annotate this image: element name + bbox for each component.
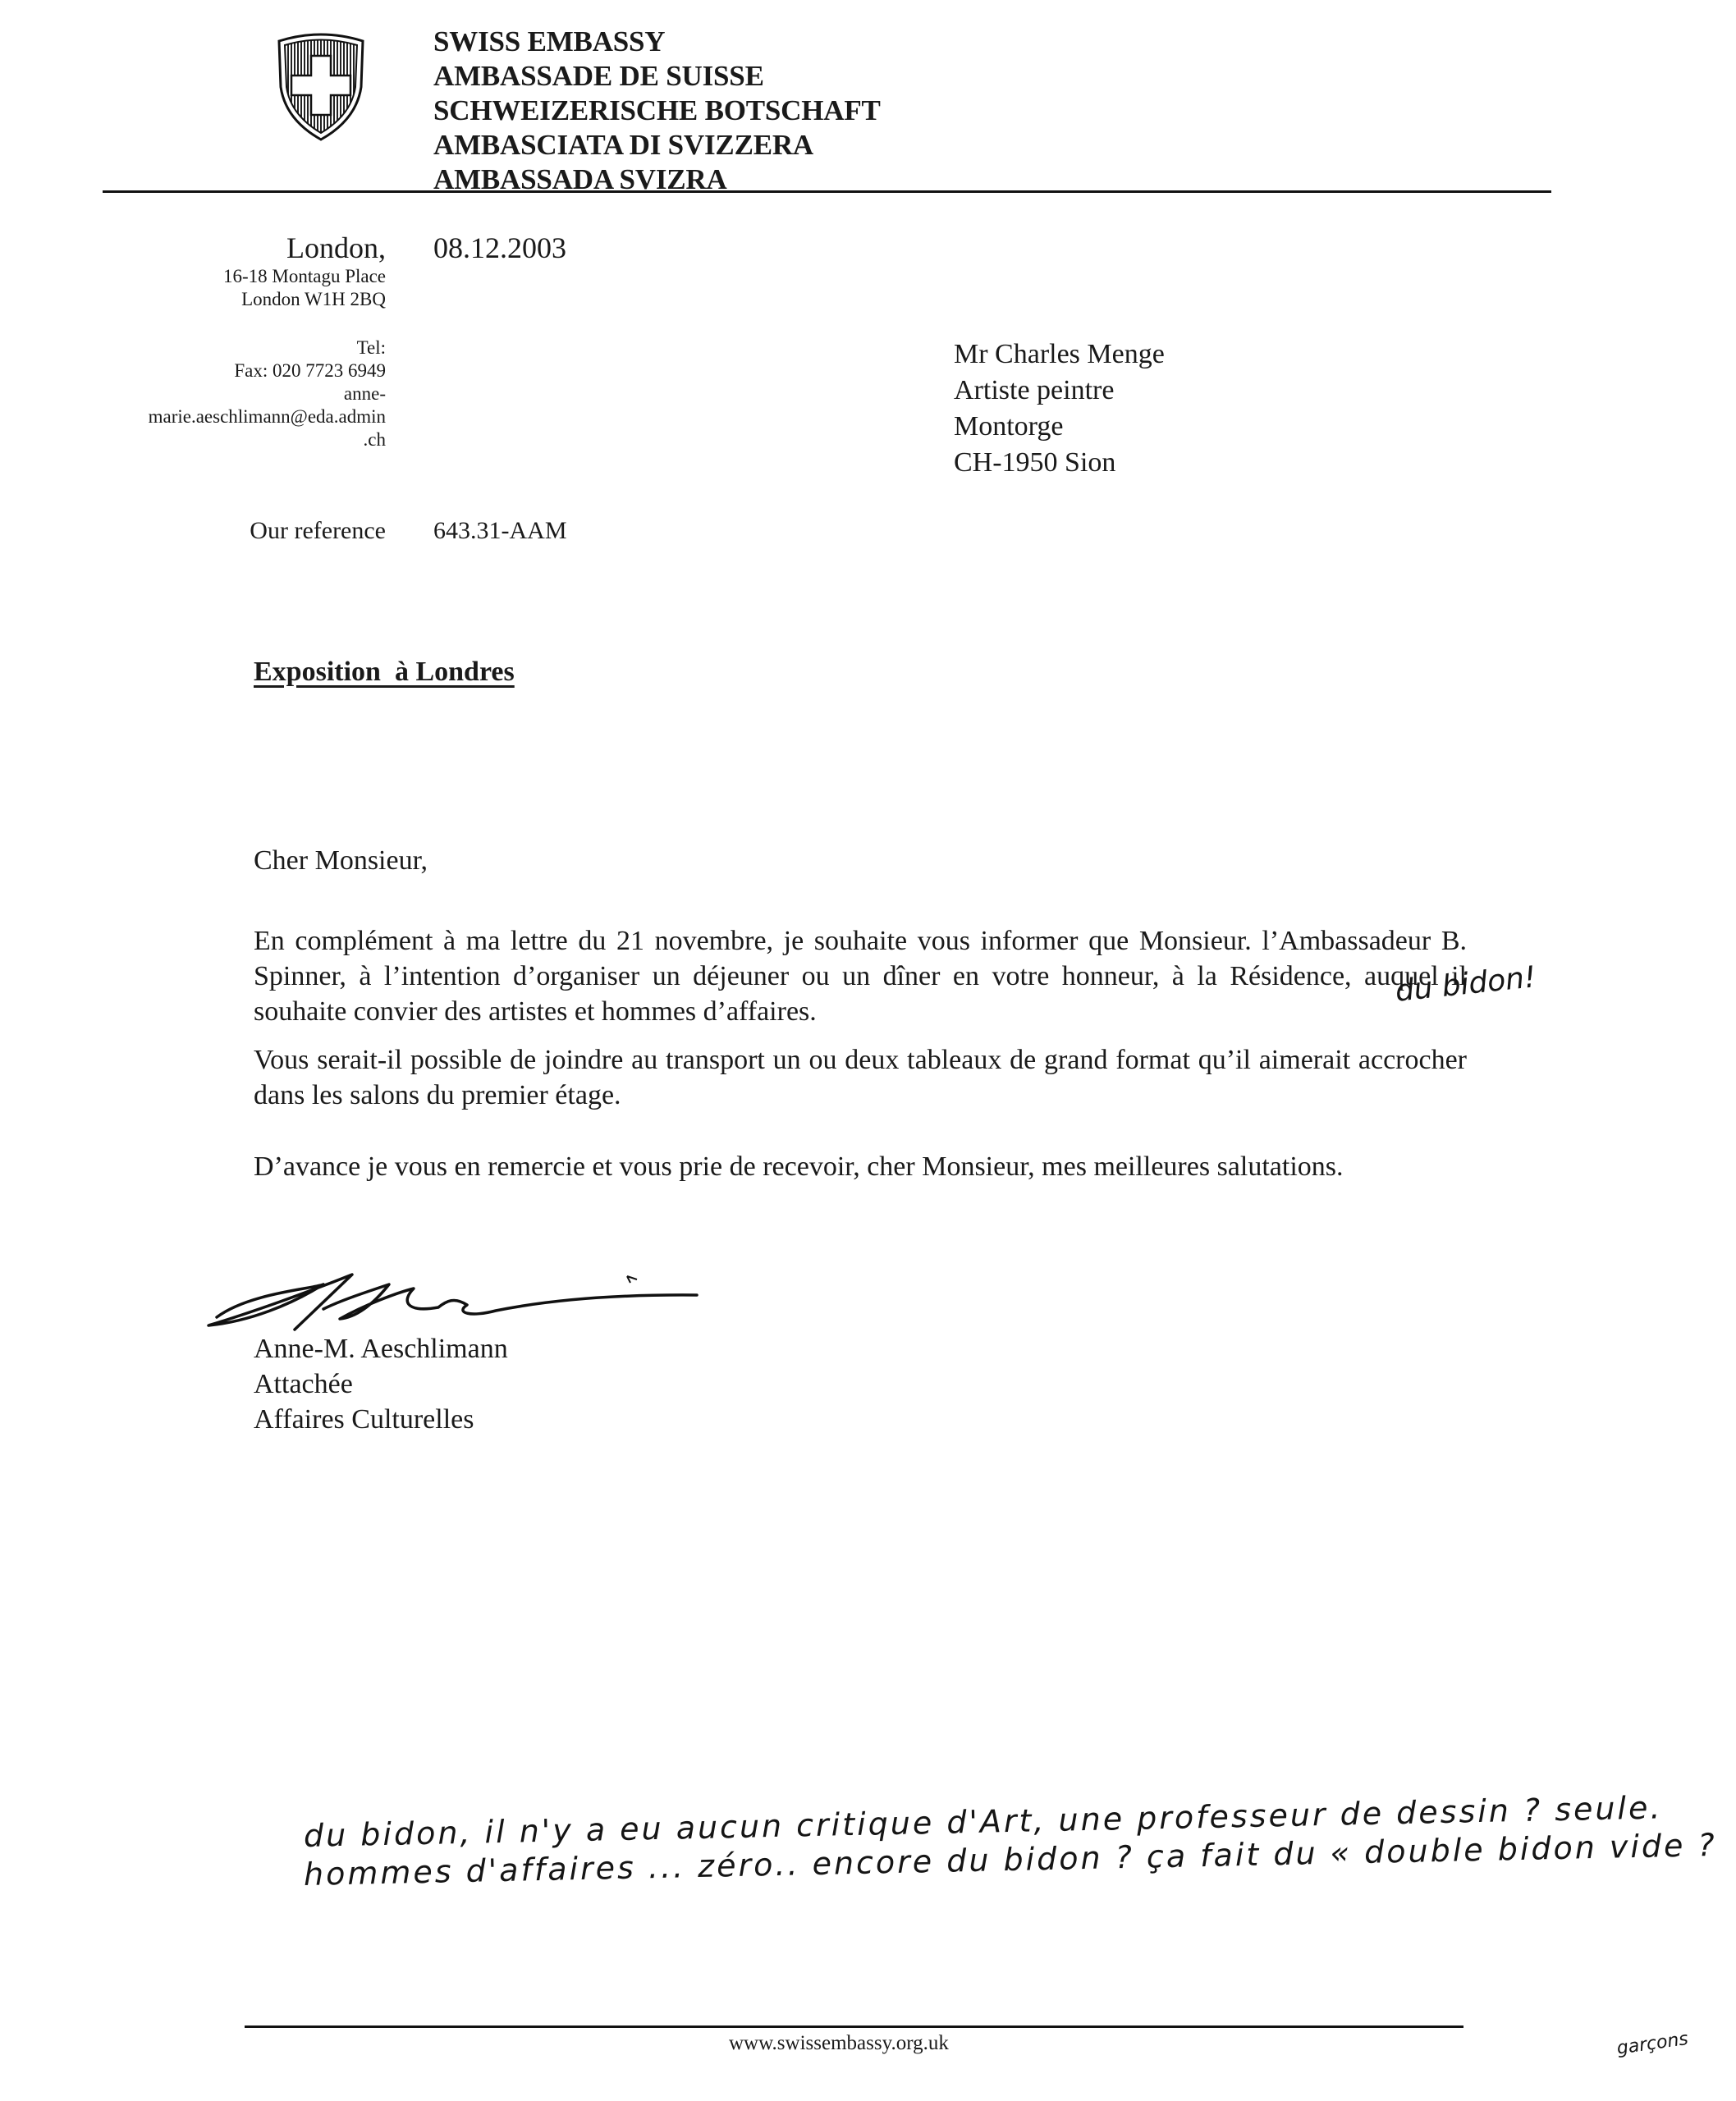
sender-email-line-2: marie.aeschlimann@eda.admin — [149, 405, 386, 428]
sender-city: London, — [286, 231, 386, 264]
recipient-postcode-city: CH-1950 Sion — [954, 445, 1165, 481]
body-paragraph-1: En complément à ma lettre du 21 novembre… — [254, 923, 1467, 1029]
letterhead-line-fr: AMBASSADE DE SUISSE — [433, 59, 764, 94]
sender-address-line-2: London W1H 2BQ — [241, 288, 386, 311]
body-paragraph-3: D’avance je vous en remercie et vous pri… — [254, 1149, 1467, 1184]
sender-fax: Fax: 020 7723 6949 — [234, 359, 386, 382]
sender-email-line-1: anne- — [344, 382, 386, 405]
letter-subject: Exposition à Londres — [254, 657, 515, 688]
reference-label: Our reference — [250, 517, 386, 545]
reference-value: 643.31-AAM — [433, 517, 567, 545]
signatory-name: Anne-M. Aeschlimann — [254, 1334, 508, 1365]
sender-email-line-3: .ch — [364, 428, 386, 451]
footer-divider — [245, 2025, 1463, 2028]
swiss-coat-of-arms-icon — [274, 30, 368, 141]
sender-address-line-1: 16-18 Montagu Place — [223, 265, 386, 288]
recipient-address: Mr Charles Menge Artiste peintre Montorg… — [954, 336, 1165, 481]
salutation: Cher Monsieur, — [254, 845, 428, 877]
body-paragraph-2: Vous serait-il possible de joindre au tr… — [254, 1042, 1467, 1113]
letter-date: 08.12.2003 — [433, 231, 566, 264]
signatory-title: Attachée — [254, 1369, 353, 1400]
header-divider — [103, 190, 1551, 193]
sender-tel: Tel: — [357, 336, 386, 359]
signatory-department: Affaires Culturelles — [254, 1404, 474, 1435]
signature-scribble-icon — [200, 1268, 701, 1342]
recipient-profession: Artiste peintre — [954, 373, 1165, 409]
letterhead-line-de: SCHWEIZERISCHE BOTSCHAFT — [433, 94, 881, 128]
letterhead-line-en: SWISS EMBASSY — [433, 25, 665, 59]
handwritten-corner-note: garçons — [1615, 2029, 1689, 2059]
embassy-website-link[interactable]: www.swissembassy.org.uk — [729, 2032, 949, 2055]
recipient-name: Mr Charles Menge — [954, 336, 1165, 373]
letterhead-line-it: AMBASCIATA DI SVIZZERA — [433, 128, 813, 162]
recipient-locality: Montorge — [954, 409, 1165, 445]
